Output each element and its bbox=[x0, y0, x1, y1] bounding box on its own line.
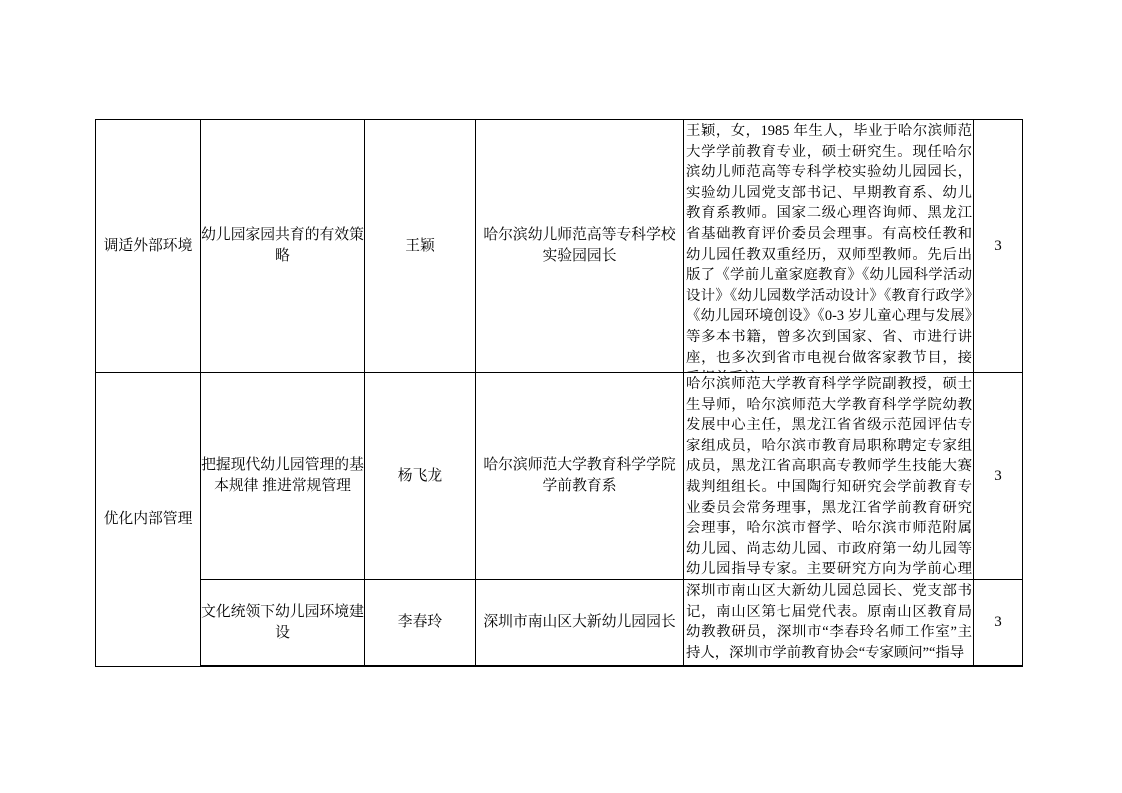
hours-cell: 3 bbox=[974, 580, 1023, 667]
bio-text: 深圳市南山区大新幼儿园总园长、党支部书记，南山区第七届党代表。原南山区教育局幼教… bbox=[684, 580, 973, 665]
organization-cell: 哈尔滨幼儿师范高等专科学校实验园园长 bbox=[476, 120, 684, 373]
bio-text: 王颖，女，1985 年生人，毕业于哈尔滨师范大学学前教育专业，硕士研究生。现任哈… bbox=[684, 120, 973, 372]
organization-cell: 深圳市南山区大新幼儿园园长 bbox=[476, 580, 684, 667]
bio-cell: 深圳市南山区大新幼儿园总园长、党支部书记，南山区第七届党代表。原南山区教育局幼教… bbox=[684, 580, 974, 667]
speaker-name: 李春玲 bbox=[365, 580, 476, 667]
bio-cell: 哈尔滨师范大学教育科学学院副教授，硕士生导师，哈尔滨师范大学教育科学学院幼教发展… bbox=[684, 373, 974, 580]
category-cell: 优化内部管理 bbox=[96, 373, 201, 667]
hours-cell: 3 bbox=[974, 120, 1023, 373]
topic-cell: 把握现代幼儿园管理的基本规律 推进常规管理 bbox=[201, 373, 365, 580]
bio-cell: 王颖，女，1985 年生人，毕业于哈尔滨师范大学学前教育专业，硕士研究生。现任哈… bbox=[684, 120, 974, 373]
table-row: 文化统领下幼儿园环境建设 李春玲 深圳市南山区大新幼儿园园长 深圳市南山区大新幼… bbox=[96, 580, 1023, 667]
topic-cell: 幼儿园家园共育的有效策略 bbox=[201, 120, 365, 373]
document-page: 调适外部环境 幼儿园家园共育的有效策略 王颖 哈尔滨幼儿师范高等专科学校实验园园… bbox=[0, 0, 1122, 793]
table-row: 优化内部管理 把握现代幼儿园管理的基本规律 推进常规管理 杨飞龙 哈尔滨师范大学… bbox=[96, 373, 1023, 580]
bio-text: 哈尔滨师范大学教育科学学院副教授，硕士生导师，哈尔滨师范大学教育科学学院幼教发展… bbox=[684, 373, 973, 579]
speaker-name: 杨飞龙 bbox=[365, 373, 476, 580]
topic-cell: 文化统领下幼儿园环境建设 bbox=[201, 580, 365, 667]
course-schedule-table: 调适外部环境 幼儿园家园共育的有效策略 王颖 哈尔滨幼儿师范高等专科学校实验园园… bbox=[95, 119, 1023, 667]
table-row: 调适外部环境 幼儿园家园共育的有效策略 王颖 哈尔滨幼儿师范高等专科学校实验园园… bbox=[96, 120, 1023, 373]
organization-cell: 哈尔滨师范大学教育科学学院学前教育系 bbox=[476, 373, 684, 580]
speaker-name: 王颖 bbox=[365, 120, 476, 373]
hours-cell: 3 bbox=[974, 373, 1023, 580]
category-cell: 调适外部环境 bbox=[96, 120, 201, 373]
